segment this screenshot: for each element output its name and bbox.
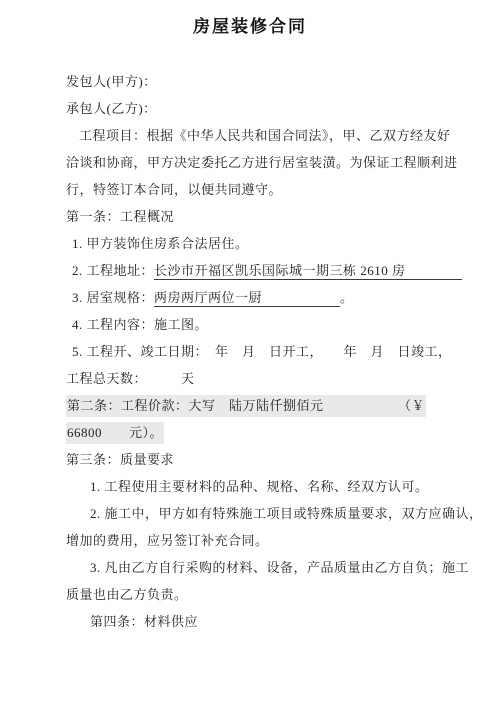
clause1-item-3: 3. 居室规格：两房两厅两位一厨。	[66, 284, 442, 311]
party-b-line: 承包人(乙方)：	[66, 95, 442, 122]
contract-title: 房屋装修合同	[0, 0, 500, 37]
clause1-item-4: 4. 工程内容：施工图。	[66, 311, 442, 338]
clause3-item-2-continuation: 增加的费用，应另签订补充合同。	[66, 527, 442, 554]
clause1-item-5-continuation: 工程总天数： 天	[66, 365, 442, 392]
intro-line-2: 洽谈和协商，甲方决定委托乙方进行居室装潢。为保证工程顺利进	[66, 149, 442, 176]
intro-line-3: 行，特签订本合同，以便共同遵守。	[66, 176, 442, 203]
clause1-item-5: 5. 工程开、竣工日期： 年 月 日开工， 年 月 日竣工，	[66, 338, 442, 365]
clause1-item-1: 1. 甲方装饰住房系合法居住。	[66, 230, 442, 257]
clause1-item-2: 2. 工程地址：长沙市开福区凯乐国际城一期三栋 2610 房	[66, 257, 442, 284]
clause2-line-1: 第二条：工程价款：大写 陆万陆仟捌佰元 （￥	[66, 392, 442, 419]
clause1-heading: 第一条：工程概况	[66, 203, 442, 230]
price-figures-highlighted: 66800 元）。	[66, 422, 164, 444]
room-spec-label: 3. 居室规格：	[72, 290, 154, 305]
contract-body: 发包人(甲方)： 承包人(乙方)： 工程项目：根据《中华人民共和国合同法》，甲、…	[0, 37, 500, 635]
room-spec-suffix: 。	[340, 290, 354, 305]
clause4-heading: 第四条：材料供应	[66, 608, 442, 635]
party-a-line: 发包人(甲方)：	[66, 68, 442, 95]
clause3-heading: 第三条：质量要求	[66, 446, 442, 473]
price-text-highlighted: 第二条：工程价款：大写 陆万陆仟捌佰元 （￥	[66, 395, 426, 417]
clause3-item-1: 1. 工程使用主要材料的品种、规格、名称、经双方认可。	[66, 473, 442, 500]
intro-line-1: 工程项目：根据《中华人民共和国合同法》，甲、乙双方经友好	[66, 122, 442, 149]
clause3-item-2: 2. 施工中，甲方如有特殊施工项目或特殊质量要求，双方应确认，	[66, 500, 442, 527]
project-address-value: 长沙市开福区凯乐国际城一期三栋 2610 房	[154, 262, 462, 280]
clause2-line-2: 66800 元）。	[66, 419, 442, 446]
clause3-item-3-continuation: 质量也由乙方负责。	[66, 581, 442, 608]
room-spec-value: 两房两厅两位一厨	[154, 289, 340, 307]
project-address-label: 2. 工程地址：	[72, 263, 154, 278]
clause3-item-3: 3. 凡由乙方自行采购的材料、设备，产品质量由乙方自负；施工	[66, 554, 442, 581]
contract-page: 房屋装修合同 发包人(甲方)： 承包人(乙方)： 工程项目：根据《中华人民共和国…	[0, 0, 500, 708]
